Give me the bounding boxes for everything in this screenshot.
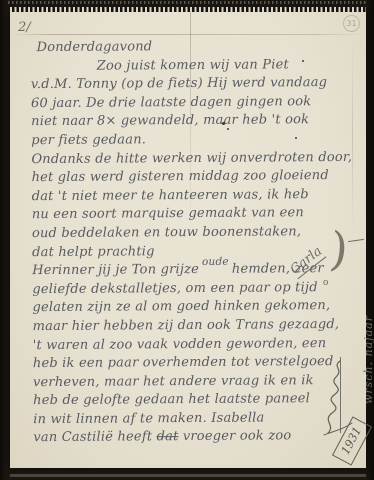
ink-spot: [295, 137, 297, 139]
folio-stamp: 31: [343, 15, 360, 32]
handwriting-line: heb de gelofte gedaan het laatste paneel: [33, 390, 355, 411]
handwriting-line: Zoo juist komen wij van Piet: [31, 55, 353, 76]
horizontal-fold-crease: [10, 34, 366, 35]
inserted-word-above-line: oude: [202, 253, 229, 272]
margin-small-mark: o: [323, 278, 328, 288]
handwriting-line: v.d.M. Tonny (op de fiets) Hij werd vand…: [31, 74, 353, 95]
handwriting-line: heb ik een paar overhemden tot verstelgo…: [33, 353, 355, 374]
torn-top-edge: [10, 7, 366, 12]
handwriting-line: nu een soort marquise gemaakt van een: [32, 204, 354, 225]
handwriting-line: in wit linnen af te maken. Isabella: [33, 409, 355, 430]
handwriting-line: oud beddelaken en touw boonenstaken,: [32, 223, 354, 244]
handwriting-line: gelaten zijn ze al om goed hinken gekome…: [32, 297, 354, 318]
handwriting-line: het glas werd gisteren middag zoo gloeie…: [31, 167, 353, 188]
handwriting-line: Ondanks de hitte werken wij onverdroten …: [31, 148, 353, 169]
ink-spot: [222, 122, 225, 125]
handwriting-line: 60 jaar. De drie laatste dagen gingen oo…: [31, 93, 353, 114]
letter-page: 2/ 31 Donderdagavond Zoo juist komen wij…: [10, 12, 366, 468]
handwriting-line: dat 't niet meer te hanteeren was, ik he…: [32, 186, 354, 207]
handwriting-line: 't waren al zoo vaak vodden geworden, ee…: [33, 334, 355, 355]
handwriting-line: niet naar 8× gewandeld, maar heb 't ook: [31, 111, 353, 132]
page-number: 2/: [18, 20, 31, 35]
line-text: vroeger ook zoo: [178, 429, 291, 445]
handwriting-line-with-strikethrough: van Castilië heeft dat vroeger ook zoo: [33, 427, 355, 448]
line-text: Herinner jij je Ton grijze: [32, 262, 199, 278]
ink-spot: [302, 60, 304, 62]
perforation-dots: [8, 1, 368, 4]
handwriting-line: geliefde dekstalletjes, om een paar op t…: [32, 279, 354, 300]
lower-page-edge: [10, 474, 366, 477]
line-text: van Castilië heeft: [33, 430, 156, 446]
handwriting-line: verheven, maar het andere vraag ik en ik: [33, 372, 355, 393]
struck-word: dat: [157, 430, 179, 445]
margin-vertical-annotation: wrsch. najaar: [362, 315, 374, 404]
handwritten-text: Donderdagavond Zoo juist komen wij van P…: [31, 37, 356, 448]
handwriting-line: maar hier hebben zij dan ook Trans gezaa…: [33, 316, 355, 337]
ink-spot: [227, 128, 229, 130]
salutation-line: Donderdagavond: [31, 37, 353, 58]
handwriting-line: per fiets gedaan.: [31, 130, 353, 151]
